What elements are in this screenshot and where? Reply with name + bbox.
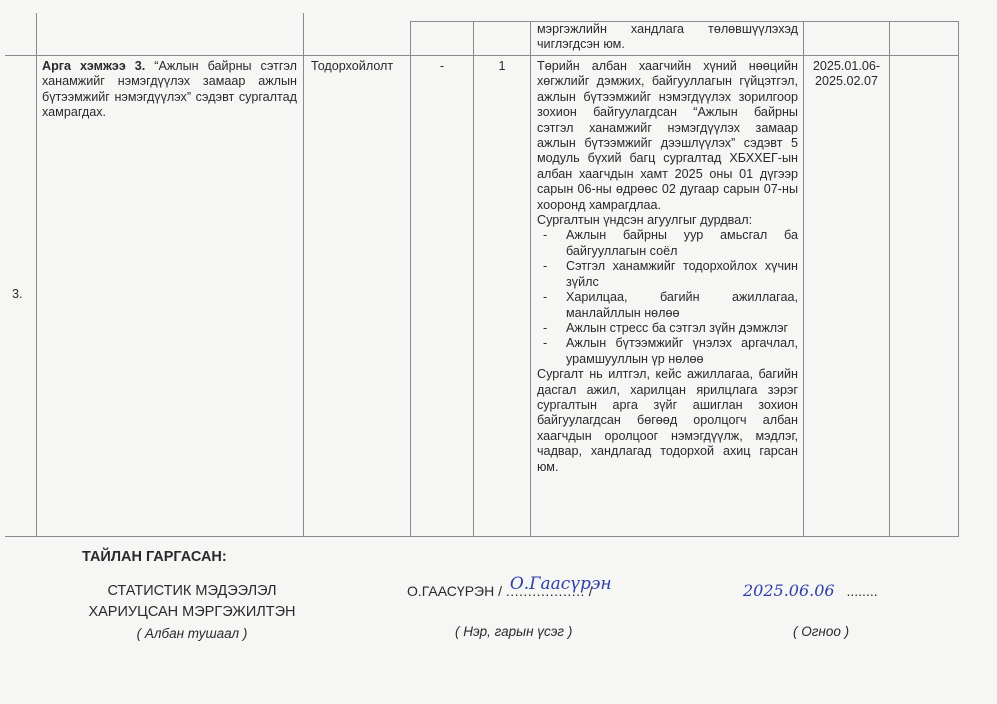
- position-line2: ХАРИУЦСАН МЭРГЭЖИЛТЭН: [72, 602, 312, 623]
- position-line1: СТАТИСТИК МЭДЭЭЛЭЛ: [72, 581, 312, 602]
- name-signature-line: О.ГААСҮРЭН / .................. О.Гаасүр…: [407, 583, 593, 599]
- table-border: [5, 55, 959, 56]
- table-border: [36, 13, 37, 537]
- table-border: [303, 13, 304, 537]
- date-dots: ........: [847, 583, 878, 599]
- prev-row-result: мэргэжлийн хандлага төлөвшүүлэхэд чиглэг…: [537, 22, 798, 53]
- result-outro: Сургалт нь илтгэл, кейс ажиллагаа, багий…: [537, 367, 798, 475]
- table-border: [5, 536, 959, 537]
- list-item: Ажлын стресс ба сэтгэл зүйн дэмжлэг: [537, 321, 798, 336]
- table-border: [530, 21, 531, 537]
- table-border: [889, 21, 890, 537]
- date-range-cell: 2025.01.06- 2025.02.07: [804, 59, 889, 90]
- type-cell: Тодорхойлолт: [311, 59, 393, 74]
- result-cell: Төрийн албан хаагчийн хүний нөөцийн хөгж…: [537, 59, 798, 475]
- printed-name: О.ГААСҮРЭН /: [407, 583, 502, 599]
- position-block: СТАТИСТИК МЭДЭЭЛЭЛ ХАРИУЦСАН МЭРГЭЖИЛТЭН…: [72, 581, 312, 644]
- date-range-start: 2025.01.06-: [804, 59, 889, 74]
- result-intro: Төрийн албан хаагчийн хүний нөөцийн хөгж…: [537, 59, 798, 213]
- activity-label: Арга хэмжээ 3.: [42, 59, 145, 73]
- table-border: [473, 21, 474, 537]
- baseline-cell: -: [411, 59, 473, 74]
- row-number: 3.: [12, 287, 23, 302]
- table-border: [803, 21, 804, 537]
- date-caption: ( Огноо ): [793, 624, 849, 639]
- table-border: [958, 21, 959, 537]
- list-item: Харилцаа, багийн ажиллагаа, манлайллын н…: [537, 290, 798, 321]
- date-line: 2025.06.06 ........: [743, 581, 878, 600]
- handwritten-signature: О.Гаасүрэн: [510, 574, 612, 594]
- activity-cell: Арга хэмжээ 3. “Ажлын байрны сэтгэл хана…: [42, 59, 297, 121]
- list-item: Ажлын байрны уур амьсгал ба байгууллагын…: [537, 228, 798, 259]
- prev-row-result-text: мэргэжлийн хандлага төлөвшүүлэхэд чиглэг…: [537, 22, 798, 51]
- name-caption: ( Нэр, гарын үсэг ): [455, 624, 572, 639]
- result-list: Ажлын байрны уур амьсгал ба байгууллагын…: [537, 228, 798, 367]
- list-item: Ажлын бүтээмжийг үнэлэх аргачлал, урамшу…: [537, 336, 798, 367]
- table-border: [410, 21, 411, 537]
- handwritten-date: 2025.06.06: [743, 581, 835, 600]
- report-prepared-heading: ТАЙЛАН ГАРГАСАН:: [82, 549, 227, 565]
- target-cell: 1: [474, 59, 530, 74]
- position-caption: ( Албан тушаал ): [72, 623, 312, 644]
- result-list-heading: Сургалтын үндсэн агуулгыг дурдвал:: [537, 213, 798, 228]
- list-item: Сэтгэл ханамжийг тодорхойлох хүчин зүйлс: [537, 259, 798, 290]
- date-range-end: 2025.02.07: [804, 74, 889, 89]
